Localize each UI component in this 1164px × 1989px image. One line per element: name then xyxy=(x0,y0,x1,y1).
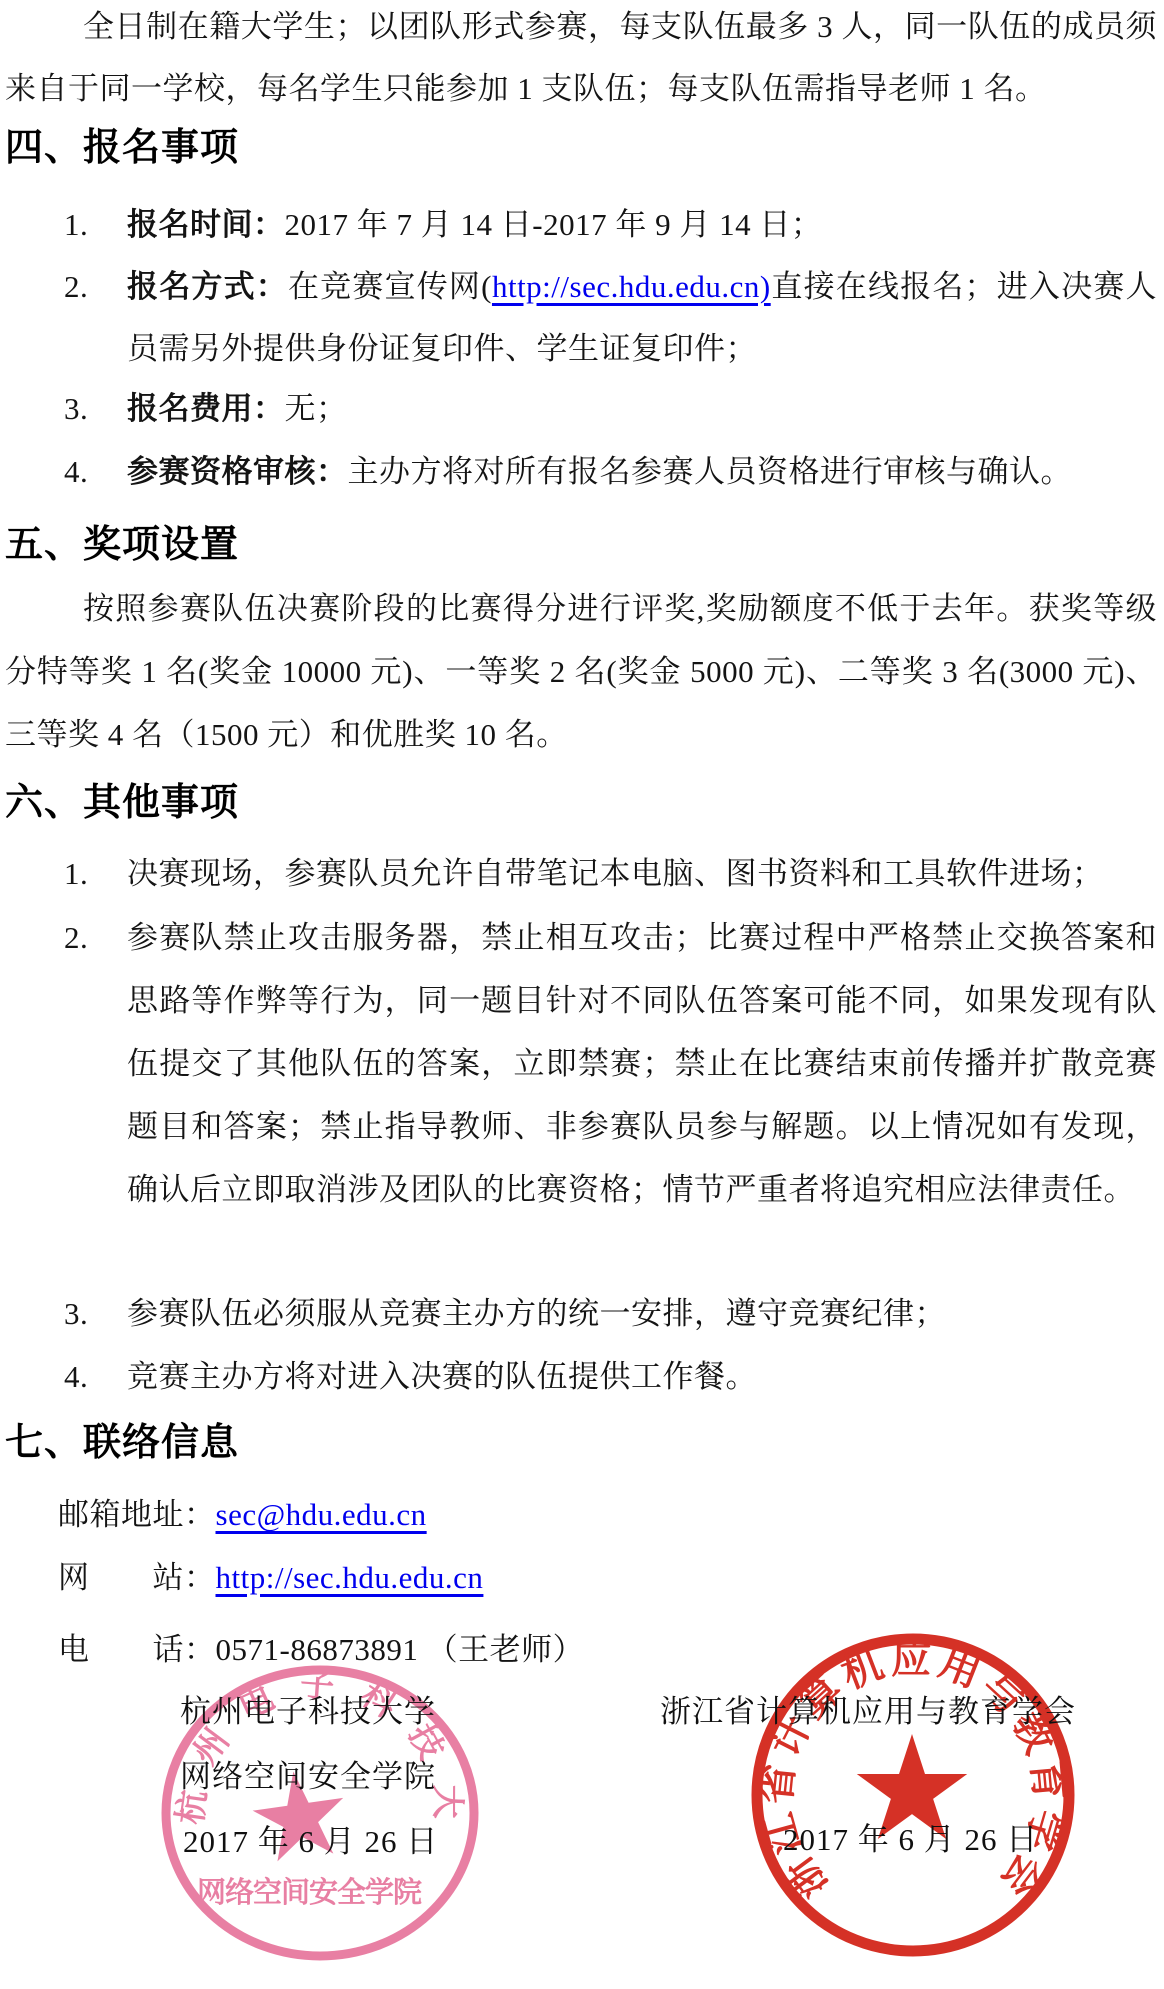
contact-website-row: 网 站：http://sec.hdu.edu.cn xyxy=(58,1547,483,1609)
item-label: 参赛资格审核： xyxy=(127,454,348,489)
item-value: 2017 年 7 月 14 日-2017 年 9 月 14 日； xyxy=(285,207,823,242)
item-text: 报名时间：2017 年 7 月 14 日-2017 年 9 月 14 日； xyxy=(127,194,1157,256)
list-item: 4. 竞赛主办方将对进入决赛的队伍提供工作餐。 xyxy=(64,1345,1157,1408)
item-number: 1. xyxy=(64,194,127,256)
item-value-pre: 在竞赛宣传网( xyxy=(288,269,492,304)
list-item: 2. 报名方式：在竞赛宣传网(http://sec.hdu.edu.cn)直接在… xyxy=(64,256,1157,380)
email-link[interactable]: sec@hdu.edu.cn xyxy=(216,1497,427,1532)
item-text: 决赛现场，参赛队员允许自带笔记本电脑、图书资料和工具软件进场； xyxy=(127,842,1157,905)
website-link[interactable]: http://sec.hdu.edu.cn xyxy=(216,1560,484,1595)
item-text: 竞赛主办方将对进入决赛的队伍提供工作餐。 xyxy=(127,1345,1157,1408)
item-text: 报名费用：无； xyxy=(127,378,1157,440)
list-item: 1. 报名时间：2017 年 7 月 14 日-2017 年 9 月 14 日； xyxy=(64,194,1157,256)
item-value: 主办方将对所有报名参赛人员资格进行审核与确认。 xyxy=(348,454,1073,489)
item-text: 参赛队伍必须服从竞赛主办方的统一安排，遵守竞赛纪律； xyxy=(127,1282,1157,1345)
list-item: 3. 参赛队伍必须服从竞赛主办方的统一安排，遵守竞赛纪律； xyxy=(64,1282,1157,1345)
section-heading-other: 六、其他事项 xyxy=(5,781,239,825)
item-number: 2. xyxy=(64,256,127,318)
list-item: 3. 报名费用：无； xyxy=(64,378,1157,440)
list-item: 2. 参赛队禁止攻击服务器，禁止相互攻击；比赛过程中严格禁止交换答案和思路等作弊… xyxy=(64,906,1157,1221)
website-label: 网 站： xyxy=(58,1560,216,1595)
section-heading-awards: 五、奖项设置 xyxy=(5,523,239,567)
item-label: 报名时间： xyxy=(127,207,285,242)
section-heading-contact: 七、联络信息 xyxy=(5,1421,239,1465)
phone-value: 0571-86873891 （王老师） xyxy=(216,1632,585,1667)
item-number: 4. xyxy=(64,1345,127,1408)
section-heading-registration: 四、报名事项 xyxy=(5,126,239,170)
right-signature-org: 浙江省计算机应用与教育学会 xyxy=(660,1679,1076,1744)
item-number: 3. xyxy=(64,378,127,440)
item-number: 2. xyxy=(64,906,127,969)
right-signature-date: 2017 年 6 月 26 日 xyxy=(783,1807,1038,1872)
contact-phone-row: 电 话：0571-86873891 （王老师） xyxy=(58,1619,584,1681)
item-number: 3. xyxy=(64,1282,127,1345)
list-item: 4. 参赛资格审核：主办方将对所有报名参赛人员资格进行审核与确认。 xyxy=(64,441,1157,503)
awards-paragraph: 按照参赛队伍决赛阶段的比赛得分进行评奖,奖励额度不低于去年。获奖等级分特等奖 1… xyxy=(5,577,1157,766)
email-label: 邮箱地址： xyxy=(58,1497,216,1532)
item-number: 1. xyxy=(64,842,127,905)
document-page: 全日制在籍大学生；以团队形式参赛，每支队伍最多 3 人，同一队伍的成员须来自于同… xyxy=(0,0,1164,1989)
list-item: 1. 决赛现场，参赛队员允许自带笔记本电脑、图书资料和工具软件进场； xyxy=(64,842,1157,905)
registration-site-link[interactable]: http://sec.hdu.edu.cn) xyxy=(492,269,771,304)
item-label: 报名费用： xyxy=(127,391,285,426)
intro-paragraph: 全日制在籍大学生；以团队形式参赛，每支队伍最多 3 人，同一队伍的成员须来自于同… xyxy=(5,0,1157,120)
left-signature-org-line2: 网络空间安全学院 xyxy=(180,1744,436,1809)
left-signature-org-line1: 杭州电子科技大学 xyxy=(180,1679,436,1744)
stamp-bottom-text: 网络空间安全学院 xyxy=(197,1875,422,1909)
item-number: 4. xyxy=(64,441,127,503)
item-text: 参赛资格审核：主办方将对所有报名参赛人员资格进行审核与确认。 xyxy=(127,441,1157,503)
contact-email-row: 邮箱地址：sec@hdu.edu.cn xyxy=(58,1484,427,1546)
right-stamp: 浙江省计算机应用与教育学会 xyxy=(746,1626,1080,1964)
item-value: 无； xyxy=(285,391,348,426)
item-text: 报名方式：在竞赛宣传网(http://sec.hdu.edu.cn)直接在线报名… xyxy=(127,256,1157,380)
phone-label: 电 话： xyxy=(58,1632,216,1667)
item-text: 参赛队禁止攻击服务器，禁止相互攻击；比赛过程中严格禁止交换答案和思路等作弊等行为… xyxy=(127,906,1157,1221)
item-label: 报名方式： xyxy=(127,269,288,304)
left-signature-date: 2017 年 6 月 26 日 xyxy=(183,1809,438,1874)
